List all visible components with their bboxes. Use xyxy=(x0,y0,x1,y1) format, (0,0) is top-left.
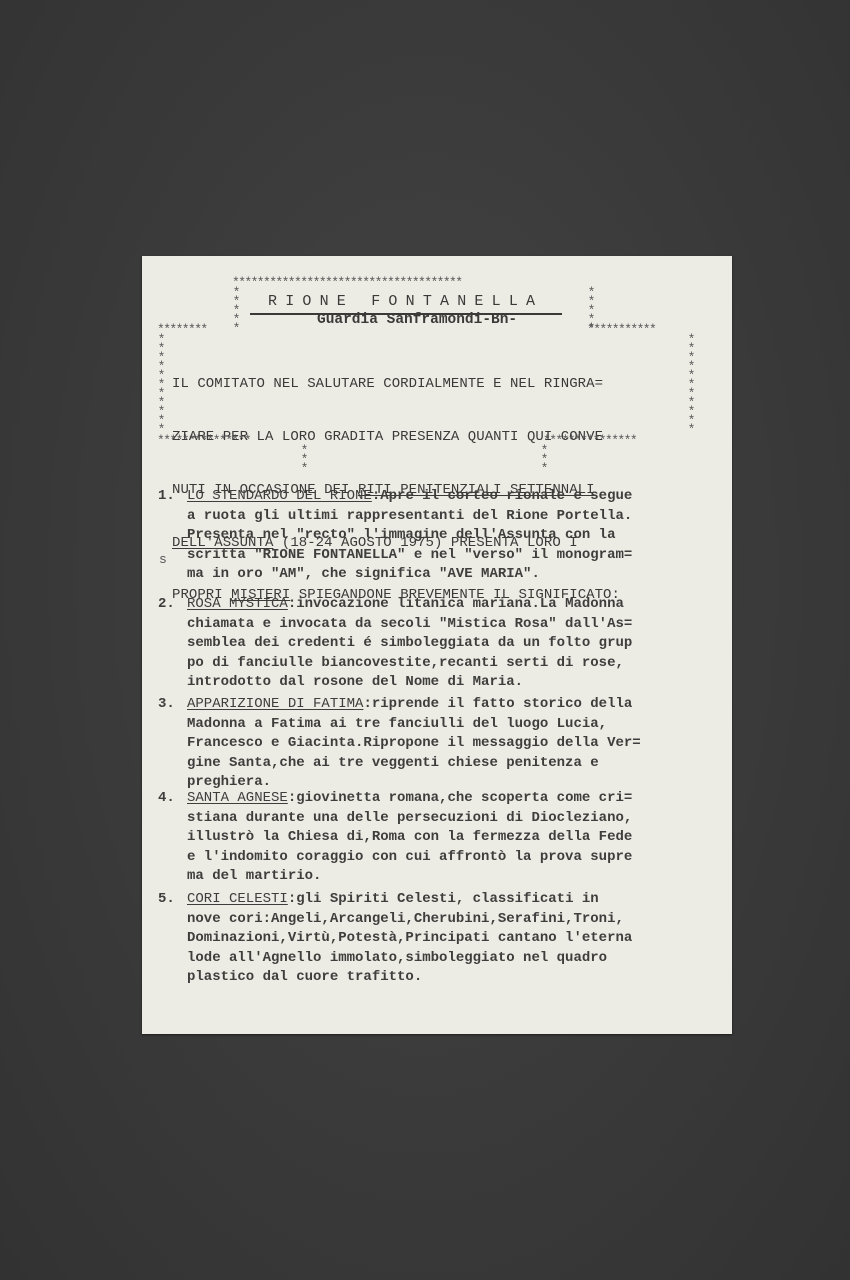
star-border-bottom-right: *************** xyxy=(543,434,636,447)
star-border-title-left: ***** xyxy=(232,288,241,328)
list-item-1: 1. LO STENDARDO DEL RIONE:Apre il corteo… xyxy=(158,487,718,585)
item-heading: CORI CELESTI xyxy=(187,891,288,907)
item-number: 5. xyxy=(158,890,175,910)
list-item-4: 4. SANTA AGNESE:giovinetta romana,che sc… xyxy=(158,789,718,887)
item-heading: LO STENDARDO DEL RIONE xyxy=(187,488,372,504)
item-heading: ROSA MYSTICA xyxy=(187,596,288,612)
star-border-intro-left: *********** xyxy=(157,335,166,435)
item-heading: SANTA AGNESE xyxy=(187,790,288,806)
star-tail-right: *** xyxy=(540,446,549,476)
list-item-5: 5. CORI CELESTI:gli Spiriti Celesti, cla… xyxy=(158,890,718,988)
list-item-3: 3. APPARIZIONE DI FATIMA:riprende il fat… xyxy=(158,695,718,793)
intro-line: IL COMITATO NEL SALUTARE CORDIALMENTE E … xyxy=(172,376,620,394)
star-border-bottom-left: *************** xyxy=(157,434,250,447)
item-number: 4. xyxy=(158,789,175,809)
item-heading: APPARIZIONE DI FATIMA xyxy=(187,696,363,712)
document-title: RIONE FONTANELLA xyxy=(268,293,543,310)
star-border-intro-right: *********** xyxy=(687,335,696,435)
star-border-right-shoulder: *********** xyxy=(587,323,655,336)
star-tail-left: *** xyxy=(300,446,309,476)
item-number: 1. xyxy=(158,487,175,507)
document-subtitle: Guardia Sanframondi-Bn- xyxy=(317,312,517,328)
item-number: 3. xyxy=(158,695,175,715)
list-item-2: 2. ROSA MYSTICA:invocazione litanica mar… xyxy=(158,595,718,693)
typewritten-page: ************************************* **… xyxy=(142,256,732,1034)
item-number: 2. xyxy=(158,595,175,615)
star-border-top: ************************************* xyxy=(232,276,461,289)
